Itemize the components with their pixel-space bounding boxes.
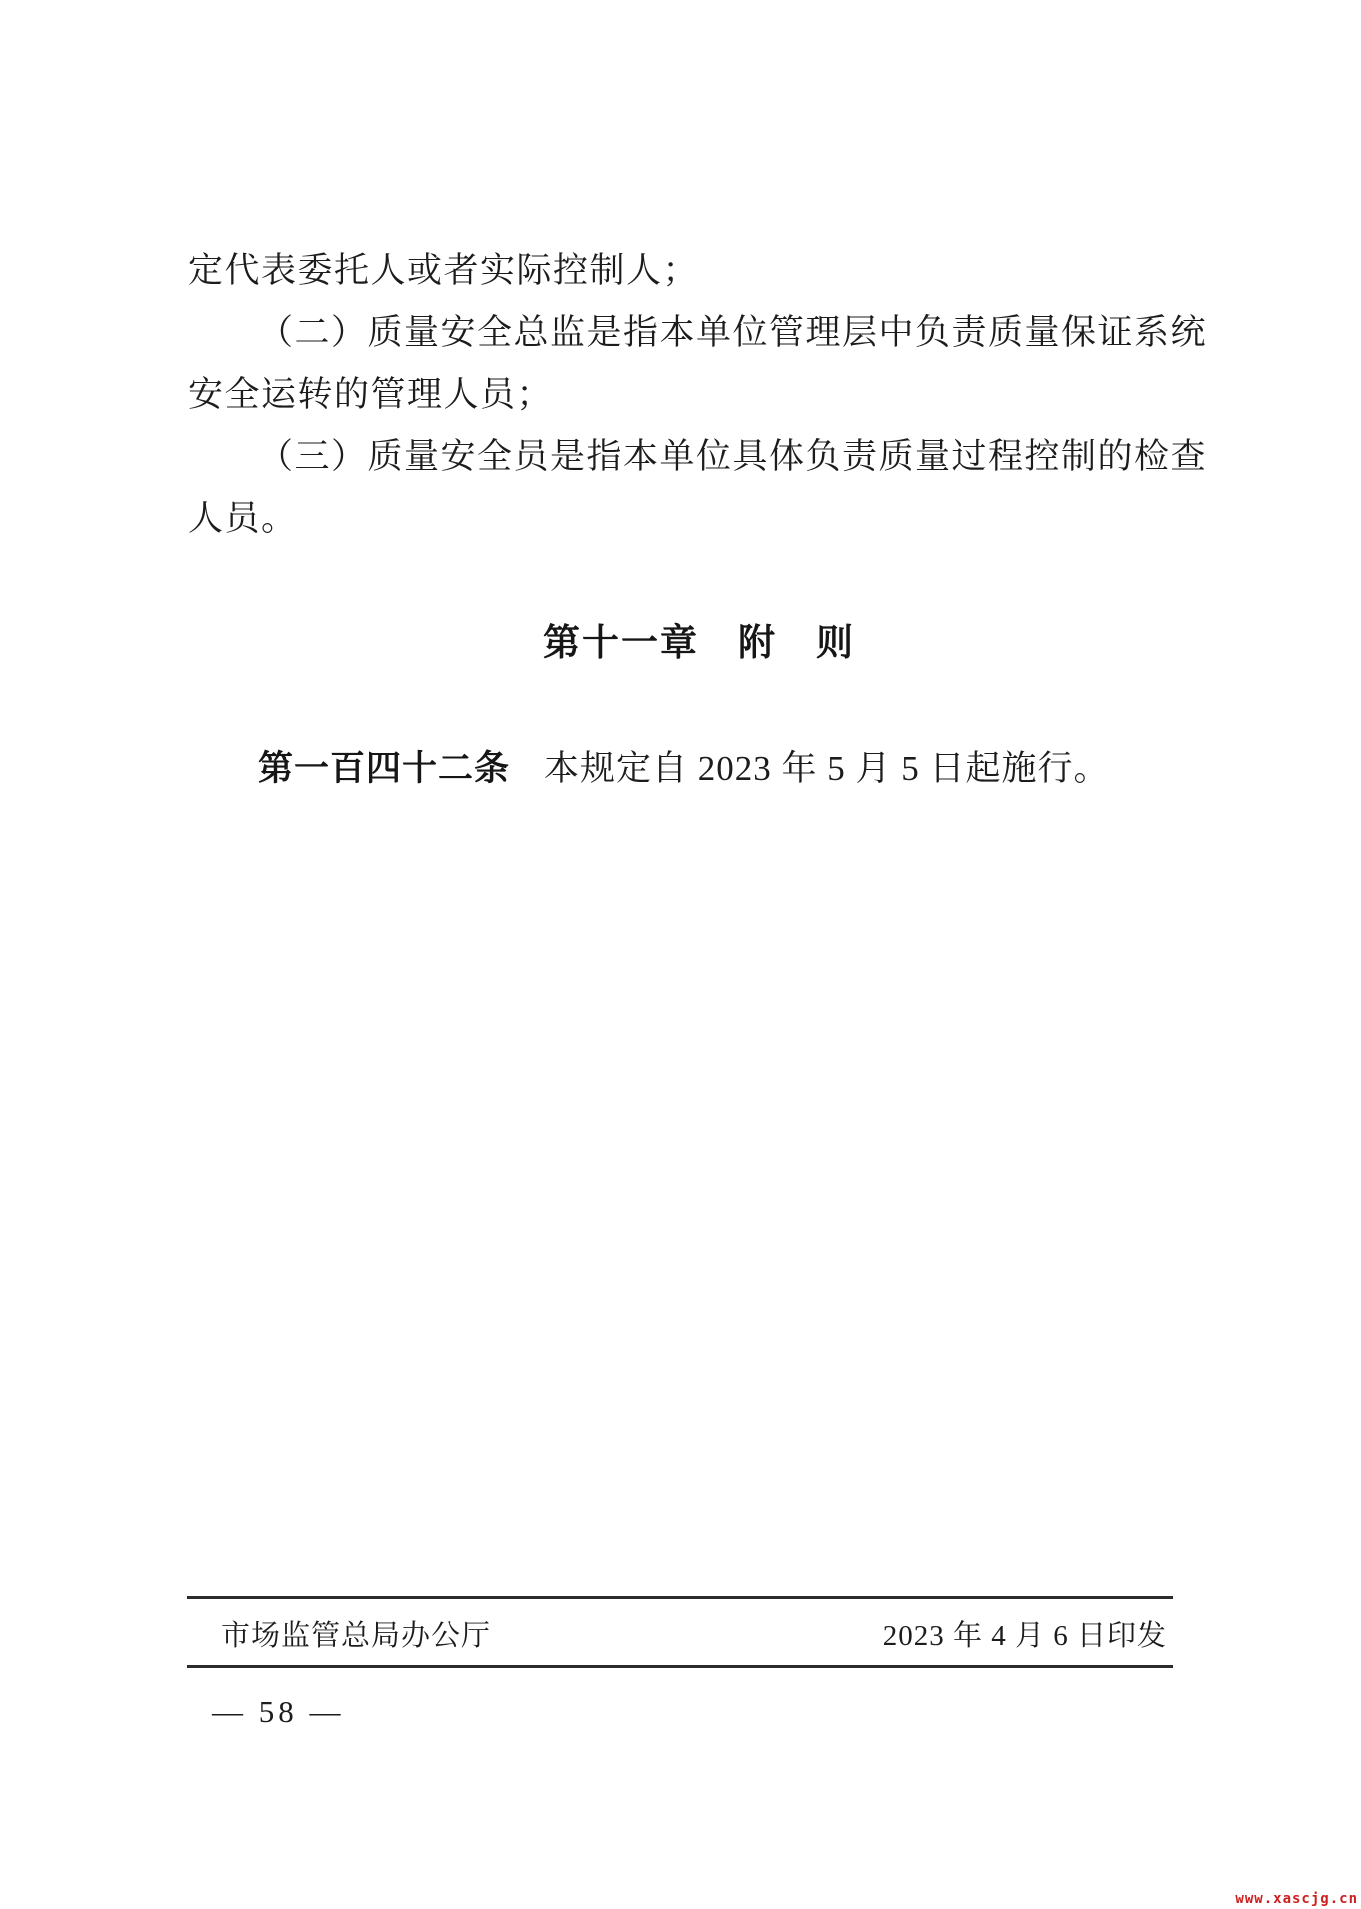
page-number: — 58 — <box>212 1688 345 1736</box>
footer-print-date: 2023 年 4 月 6 日印发 <box>883 1613 1167 1654</box>
footer-row: 市场监管总局办公厅 2023 年 4 月 6 日印发 <box>187 1604 1173 1662</box>
document-page: 定代表委托人或者实际控制人； （二）质量安全总监是指本单位管理层中负责质量保证系… <box>0 0 1361 1909</box>
body-line-3: 安全运转的管理人员； <box>188 364 1213 426</box>
footer-bottom-rule <box>187 1665 1173 1668</box>
watermark-url: www.xascjg.cn <box>1235 1891 1358 1907</box>
article-number: 第一百四十二条 <box>258 749 510 788</box>
article-line: 第一百四十二条本规定自 2023 年 5 月 5 日起施行。 <box>188 738 1308 800</box>
footer-issuer: 市场监管总局办公厅 <box>221 1613 491 1654</box>
document-body: 定代表委托人或者实际控制人； （二）质量安全总监是指本单位管理层中负责质量保证系… <box>188 240 1213 550</box>
chapter-heading: 第十一章 附 则 <box>188 612 1210 674</box>
body-line-4: （三）质量安全员是指本单位具体负责质量过程控制的检查 <box>188 426 1213 488</box>
article-text: 本规定自 2023 年 5 月 5 日起施行。 <box>544 749 1110 788</box>
footer-top-rule <box>187 1596 1173 1599</box>
body-line-2: （二）质量安全总监是指本单位管理层中负责质量保证系统 <box>188 302 1213 364</box>
body-line-1: 定代表委托人或者实际控制人； <box>188 240 1213 302</box>
body-line-5: 人员。 <box>188 488 1213 550</box>
